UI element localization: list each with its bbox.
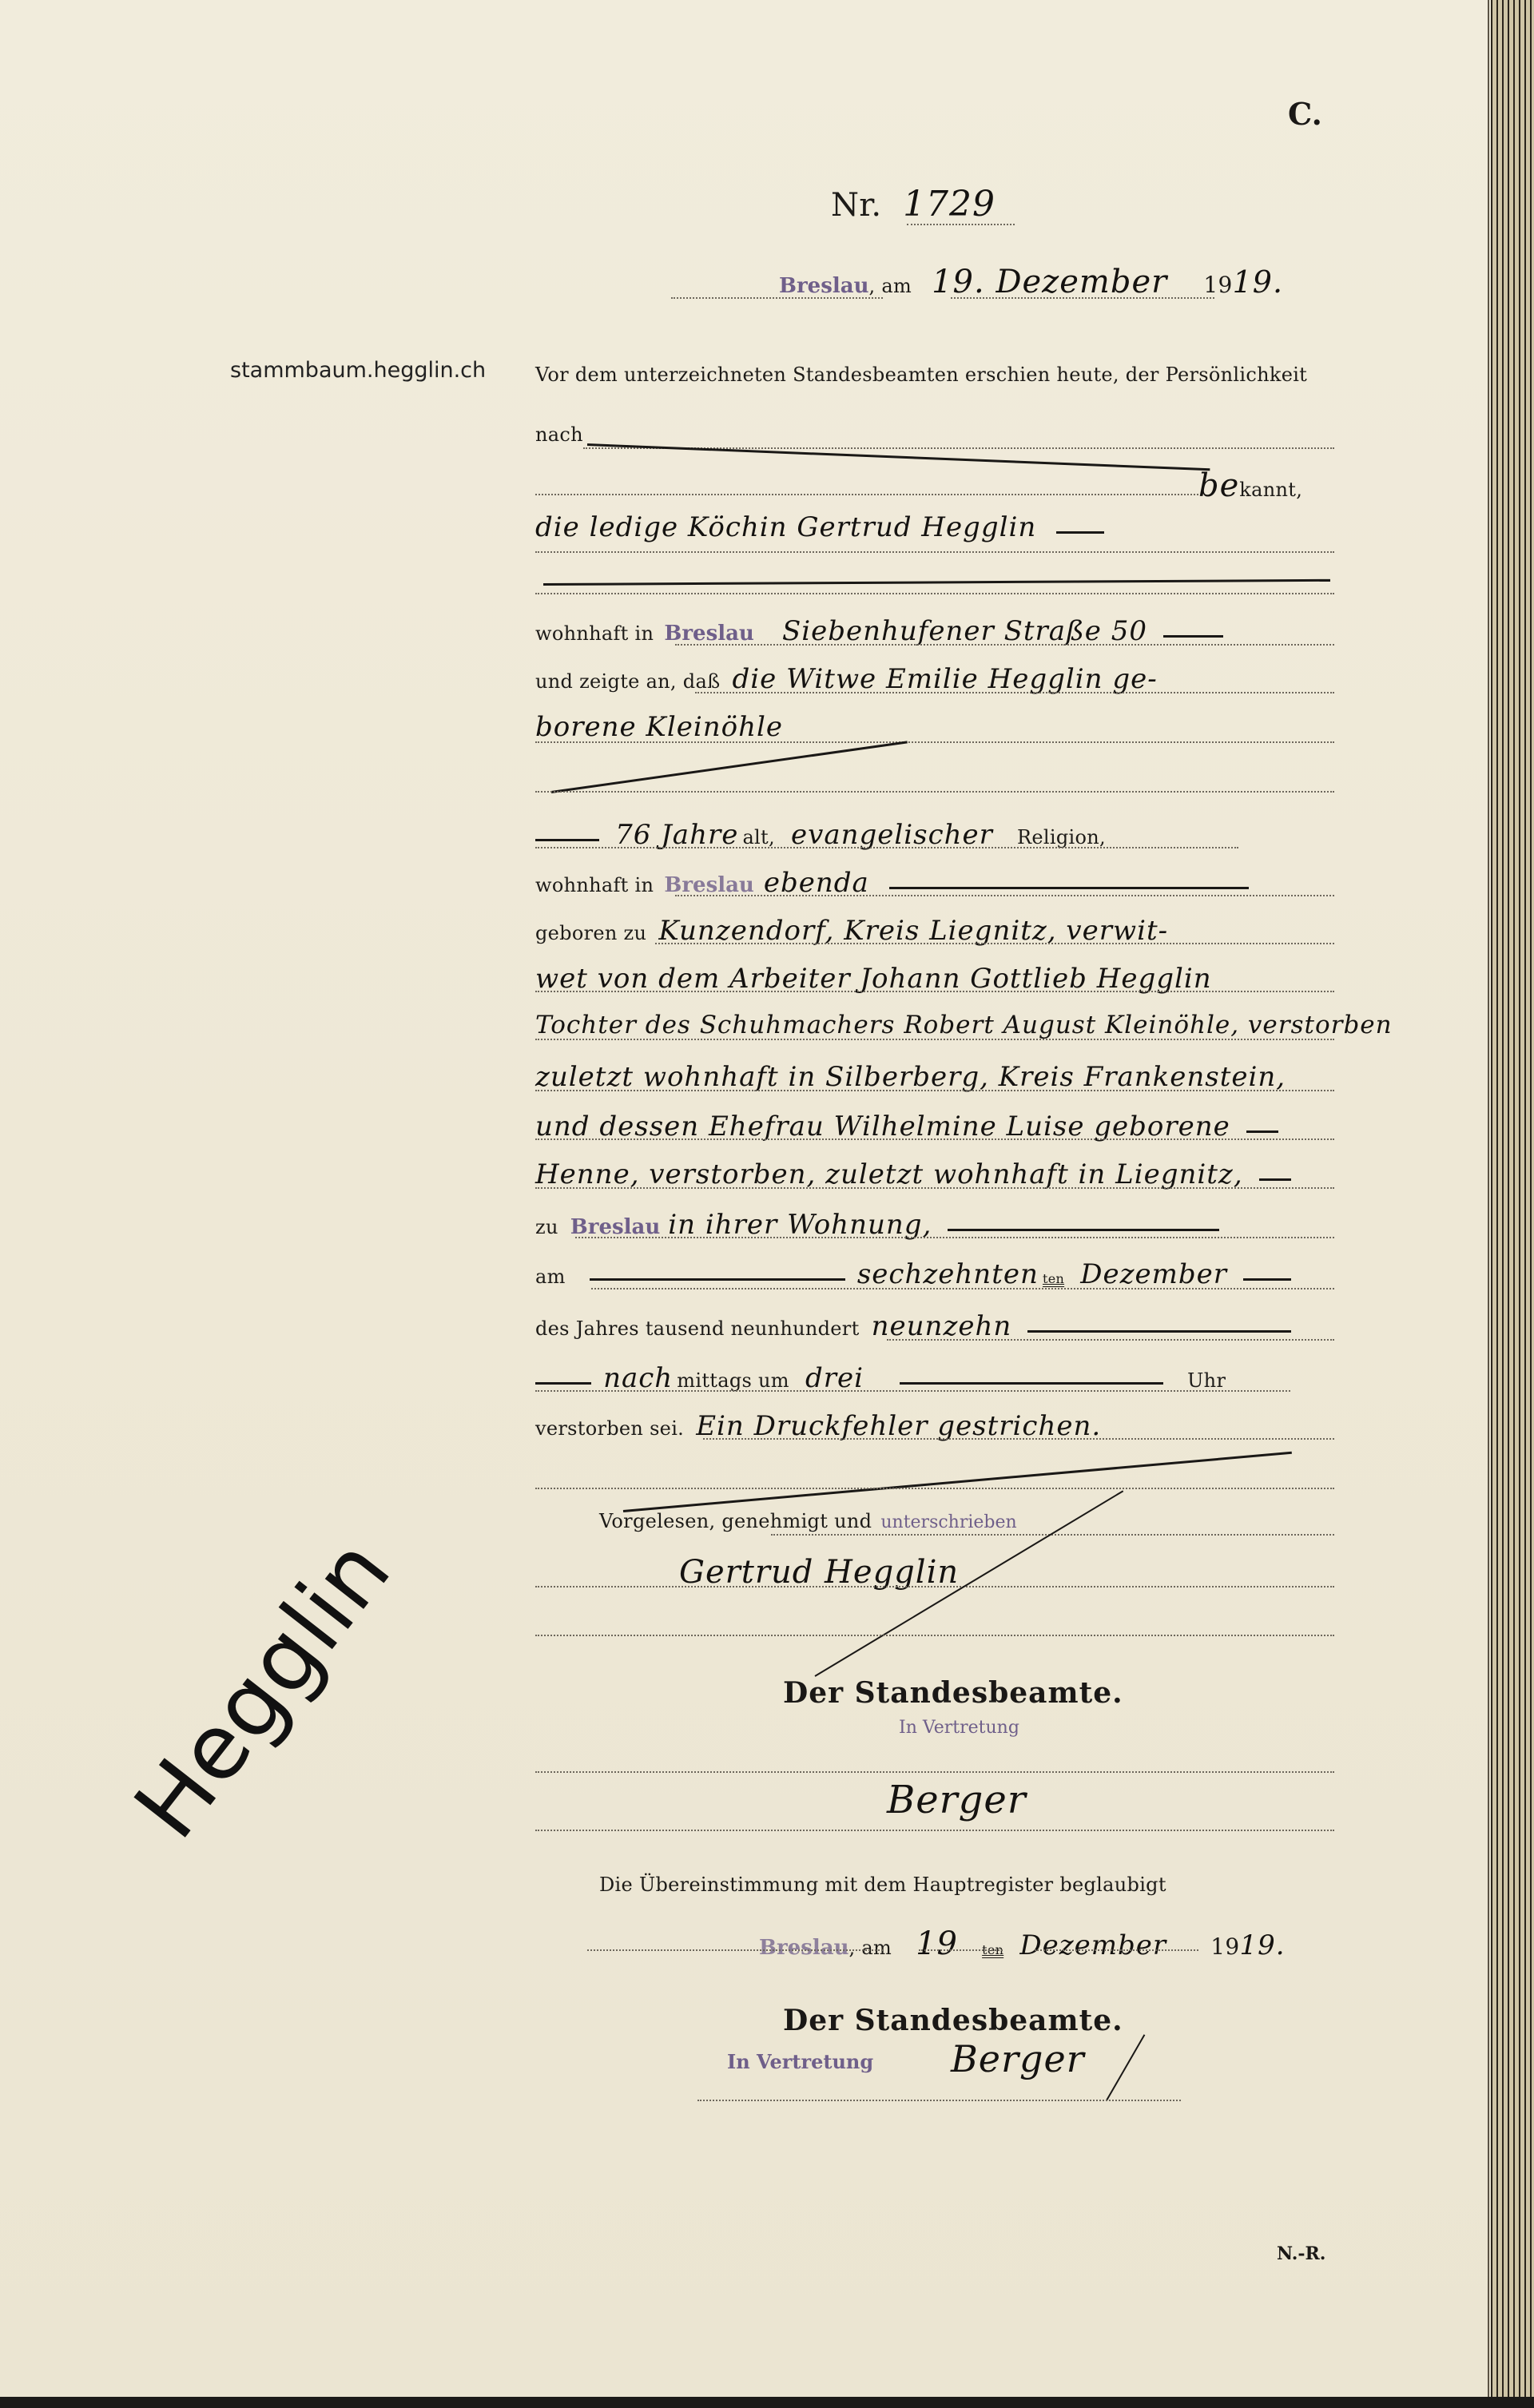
deceased-line-2: borene Kleinöhle <box>535 711 783 743</box>
form-letter: C. <box>1288 96 1322 132</box>
dotline <box>535 791 1334 793</box>
dotline <box>535 1390 1290 1392</box>
dotline <box>535 593 1334 594</box>
deceased-line-1: die Witwe Emilie Hegglin ge- <box>733 663 1158 695</box>
dotline <box>951 297 1214 299</box>
death-place-row: zu Breslauin ihrer Wohnung, <box>535 1209 1334 1241</box>
registration-date: Breslau, am 19. Dezember 1919. <box>671 264 1334 300</box>
dotline <box>671 297 883 299</box>
nr-label: Nr. <box>831 187 881 224</box>
nr-value: 1729 <box>903 184 996 225</box>
official-signature: Berger <box>887 1778 1027 1822</box>
year-label: des Jahres tausend neunhundert <box>535 1317 860 1340</box>
dotline <box>535 991 1334 992</box>
informant-row: die ledige Köchin Gertrud Hegglin <box>535 511 1334 543</box>
footer-mark: N.-R. <box>1277 2243 1325 2264</box>
death-year-row: des Jahres tausend neunhundert neunzehn <box>535 1310 1334 1342</box>
kannt-label: kannt, <box>1239 479 1302 501</box>
fill-dash <box>535 1382 591 1385</box>
dotline <box>535 1771 1334 1773</box>
birth-row: Henne, verstorben, zuletzt wohnhaft in L… <box>535 1158 1334 1190</box>
fill-dash <box>1163 635 1223 638</box>
nach-label: nach <box>535 423 599 446</box>
certification-text: Die Übereinstimmung mit dem Hauptregiste… <box>599 1874 1166 1896</box>
date-day-month: 19. Dezember <box>932 264 1167 300</box>
page-edge <box>1488 0 1489 2397</box>
place-stamp: Breslau <box>779 274 868 298</box>
cert-year-prefix: 19 <box>1210 1933 1239 1960</box>
deceased-row-2: borene Kleinöhle <box>535 711 1334 743</box>
dotline <box>591 1288 1334 1289</box>
time-prefix: nach <box>603 1362 673 1394</box>
certification-date: Breslau, am 19 ten Dezember 1919. <box>587 1925 1334 1962</box>
unterschrieben-stamp: unterschrieben <box>880 1512 1016 1532</box>
birth-line: und dessen Ehefrau Wilhelmine Luise gebo… <box>535 1111 1230 1142</box>
death-date-row: am sechzehnten ten Dezember <box>535 1258 1334 1290</box>
document-page: stammbaum.hegglin.ch Hegglin C. Nr. 1729… <box>0 0 1491 2397</box>
cert-am-label: , am <box>848 1937 892 1959</box>
cert-official-title: Der Standesbeamte. <box>783 2004 1123 2037</box>
cert-year-suffix: 19. <box>1239 1929 1285 1961</box>
dotline <box>919 1949 1003 1951</box>
book-bottom-edge <box>0 2397 1534 2408</box>
cert-place-stamp: Breslau <box>759 1936 848 1960</box>
fill-dash <box>1027 1330 1291 1333</box>
wohnhaft-label: wohnhaft in <box>535 874 654 896</box>
death-day: sechzehnten <box>857 1258 1039 1290</box>
remark-row: verstorben sei. Ein Druckfehler gestrich… <box>535 1410 1334 1442</box>
dotline <box>575 1237 1334 1238</box>
announcement-row: und zeigte an, daß die Witwe Emilie Hegg… <box>535 663 1334 695</box>
nr-dotline <box>907 224 1015 225</box>
vorgelesen-label: Vorgelesen, genehmigt und <box>599 1510 872 1532</box>
bekannt: bekannt, <box>1198 467 1334 504</box>
informant-name: die ledige Köchin Gertrud Hegglin <box>535 511 1036 543</box>
signature-flourish <box>1106 2034 1145 2100</box>
death-hour: drei <box>805 1362 864 1394</box>
dotline <box>703 1438 1334 1440</box>
dotline <box>535 551 1334 553</box>
dotline <box>535 847 1238 848</box>
dotline <box>695 692 1334 693</box>
death-time-row: nach mittags um drei Uhr <box>535 1362 1334 1394</box>
birth-line: wet von dem Arbeiter Johann Gottlieb Heg… <box>535 963 1334 995</box>
dotline <box>887 1339 1334 1341</box>
fill-dash <box>535 839 599 841</box>
dotline <box>535 1635 1334 1636</box>
death-month: Dezember <box>1080 1258 1227 1290</box>
birth-line: Kunzendorf, Kreis Liegnitz, verwit- <box>658 915 1168 947</box>
fill-dash <box>900 1382 1163 1385</box>
dotline <box>1035 1949 1198 1951</box>
dotline <box>535 1488 1334 1489</box>
strike-line <box>551 741 908 793</box>
fill-dash <box>889 887 1249 889</box>
ten-label: ten <box>1043 1271 1064 1286</box>
approval-row: Vorgelesen, genehmigt und unterschrieben <box>599 1510 1398 1532</box>
birth-line: Tochter des Schuhmachers Robert August K… <box>535 1011 1334 1039</box>
religion-value: evangelischer <box>791 819 993 851</box>
place-stamp: Breslau <box>664 873 753 897</box>
cert-day: 19 <box>916 1925 958 1962</box>
strike-line <box>543 579 1330 586</box>
birth-line: zuletzt wohnhaft in Silberberg, Kreis Fr… <box>535 1061 1334 1093</box>
dotline <box>675 644 1334 646</box>
intro-text: Vor dem unterzeichneten Standesbeamten e… <box>535 364 1334 386</box>
remark: Ein Druckfehler gestrichen. <box>696 1410 1101 1442</box>
fill-dash <box>948 1229 1219 1231</box>
cert-month: Dezember <box>1019 1929 1166 1961</box>
age-value: 76 Jahre <box>615 819 738 851</box>
age-religion-row: 76 Jahre alt, evangelischer Religion, <box>535 819 1334 851</box>
place-stamp: Breslau <box>570 1215 660 1239</box>
dotline <box>535 494 1198 495</box>
am-label: am <box>535 1266 566 1288</box>
place-stamp: Breslau <box>664 622 753 646</box>
official-title: Der Standesbeamte. <box>783 1676 1123 1710</box>
fill-dash <box>1259 1178 1291 1181</box>
zu-label: zu <box>535 1216 558 1238</box>
watermark-url: stammbaum.hegglin.ch <box>230 358 486 383</box>
cert-in-vertretung-stamp: In Vertretung <box>727 2050 873 2073</box>
informant-residence: wohnhaft in Breslau Siebenhufener Straße… <box>535 615 1334 647</box>
verstorben-sei-label: verstorben sei. <box>535 1417 684 1440</box>
dotline <box>535 1187 1334 1189</box>
dotline <box>535 1830 1334 1831</box>
dotline <box>655 943 1334 944</box>
fill-dash <box>590 1278 845 1281</box>
dotline <box>675 895 1334 896</box>
bekannt-hand: be <box>1198 467 1239 504</box>
death-place: in ihrer Wohnung, <box>668 1209 932 1241</box>
alt-label: alt, <box>742 826 774 848</box>
dotline <box>535 741 1334 743</box>
watermark-name: Hegglin <box>115 1520 411 1858</box>
religion-label: Religion, <box>1017 826 1106 848</box>
birth-line: Henne, verstorben, zuletzt wohnhaft in L… <box>535 1158 1243 1190</box>
dotline <box>697 2100 1181 2101</box>
strike-line <box>623 1452 1292 1512</box>
wohnhaft-label: wohnhaft in <box>535 622 654 645</box>
dotline <box>535 1090 1334 1091</box>
uhr-label: Uhr <box>1187 1369 1226 1392</box>
fill-dash <box>1243 1278 1291 1281</box>
fill-dash <box>1246 1130 1278 1133</box>
birth-row: geboren zu Kunzendorf, Kreis Liegnitz, v… <box>535 915 1334 947</box>
informant-address: Siebenhufener Straße 50 <box>782 615 1147 647</box>
deceased-residence: ebenda <box>764 867 869 899</box>
deceased-residence-row: wohnhaft in Breslauebenda <box>535 867 1334 899</box>
dotline <box>587 1949 883 1951</box>
book-page-edges <box>1491 0 1534 2408</box>
zeigte-an-label: und zeigte an, daß <box>535 670 720 693</box>
dotline <box>535 1138 1334 1140</box>
cert-signature: Berger <box>951 2037 1085 2080</box>
mittags-um-label: mittags um <box>677 1369 789 1392</box>
dotline <box>535 1586 1334 1587</box>
dotline <box>535 1039 1334 1040</box>
am-label: , am <box>868 275 912 297</box>
year-suffix: 19. <box>1233 264 1283 300</box>
year-prefix: 19 <box>1203 272 1232 298</box>
death-year: neunzehn <box>872 1310 1012 1342</box>
in-vertretung-stamp: In Vertretung <box>899 1718 1019 1738</box>
birth-row: und dessen Ehefrau Wilhelmine Luise gebo… <box>535 1111 1334 1142</box>
geboren-zu-label: geboren zu <box>535 922 646 944</box>
fill-dash <box>1056 531 1104 534</box>
record-number: Nr. 1729 <box>831 184 996 225</box>
